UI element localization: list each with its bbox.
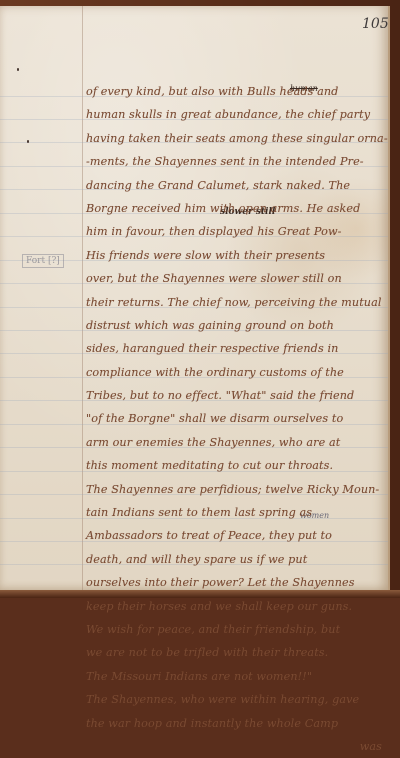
text-line: His friends were slow with their present… (86, 244, 386, 267)
manuscript-page: 105 Fort [?] human slower still women of… (0, 6, 390, 592)
text-line: tain Indians sent to them last spring as (86, 501, 386, 524)
text-line: distrust which was gaining ground on bot… (86, 314, 386, 337)
text-line: him in favour, then displayed his Great … (86, 220, 386, 243)
ink-speck (17, 68, 19, 71)
text-line: compliance with the ordinary customs of … (86, 361, 386, 384)
text-line: over, but the Shayennes were slower stil… (86, 267, 386, 290)
text-line: The Shayennes are perfidious; twelve Ric… (86, 478, 386, 501)
text-line: Tribes, but to no effect. "What" said th… (86, 384, 386, 407)
margin-rule (82, 6, 83, 592)
text-line: having taken their seats among these sin… (86, 127, 386, 150)
ink-speck (27, 140, 29, 143)
text-line: human skulls in great abundance, the chi… (86, 103, 386, 126)
margin-annotation: Fort [?] (22, 254, 64, 268)
text-line: this moment meditating to cut our throat… (86, 454, 386, 477)
text-line: "of the Borgne" shall we disarm ourselve… (86, 407, 386, 430)
text-line: arm our enemies the Shayennes, who are a… (86, 431, 386, 454)
manuscript-text: of every kind, but also with Bulls heads… (86, 80, 386, 598)
page-number: 105 (362, 16, 389, 32)
text-line: dancing the Grand Calumet, stark naked. … (86, 174, 386, 197)
text-line: Borgne received him with open arms. He a… (86, 197, 386, 220)
text-line: Ambassadors to treat of Peace, they put … (86, 524, 386, 547)
page-bottom-edge (0, 590, 400, 598)
text-line: sides, harangued their respective friend… (86, 337, 386, 360)
text-line: of every kind, but also with Bulls heads… (86, 80, 386, 103)
text-line: -ments, the Shayennes sent in the intend… (86, 150, 386, 173)
text-line: death, and will they spare us if we put (86, 548, 386, 571)
text-line: their returns. The chief now, perceiving… (86, 291, 386, 314)
